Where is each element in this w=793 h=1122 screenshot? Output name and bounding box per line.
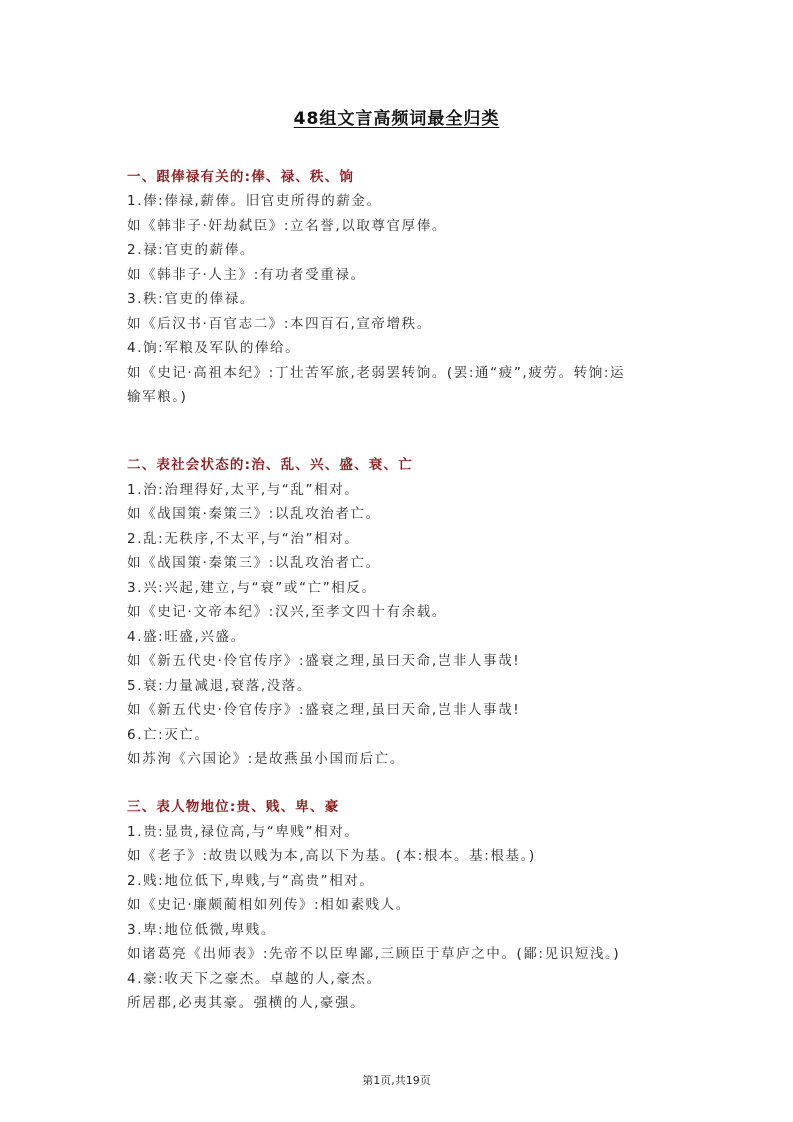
text-line: 1.治:治理得好,太平,与“乱”相对。 bbox=[127, 480, 359, 500]
text-line: 3.秩:官吏的俸禄。 bbox=[127, 289, 255, 309]
text-line: 1.俸:俸禄,薪俸。旧官吏所得的薪金。 bbox=[127, 191, 382, 211]
text-line: 3.兴:兴起,建立,与“衰”或“亡”相反。 bbox=[127, 578, 377, 598]
text-line: 4.豪:收天下之豪杰。卓越的人,豪杰。 bbox=[127, 969, 382, 989]
text-line: 如《史记·文帝本纪》:汉兴,至孝文四十有余载。 bbox=[127, 602, 447, 622]
text-line: 如《新五代史·伶官传序》:盛衰之理,虽曰天命,岂非人事哉! bbox=[127, 651, 520, 671]
text-line: 2.乱:无秩序,不太平,与“治”相对。 bbox=[127, 529, 359, 549]
text-line: 如《史记·高祖本纪》:丁壮苦军旅,老弱罢转饷。(罢:通“疲”,疲劳。转饷:运 bbox=[127, 363, 625, 383]
text-line: 4.盛:旺盛,兴盛。 bbox=[127, 627, 246, 647]
text-line: 5.衰:力量减退,衰落,没落。 bbox=[127, 676, 312, 696]
section-heading-1: 一、跟俸禄有关的:俸、禄、秩、饷 bbox=[127, 167, 354, 187]
page-number: 第1页,共19页 bbox=[0, 1072, 793, 1088]
document-title: 48组文言高频词最全归类 bbox=[0, 104, 793, 129]
text-line: 如苏洵《六国论》:是故燕虽小国而后亡。 bbox=[127, 749, 405, 769]
text-line: 如《战国策·秦策三》:以乱攻治者亡。 bbox=[127, 553, 381, 573]
section-heading-3: 三、表人物地位:贵、贱、卑、豪 bbox=[127, 797, 339, 817]
section-heading-2: 二、表社会状态的:治、乱、兴、盛、衰、亡 bbox=[127, 455, 413, 475]
text-line: 如《战国策·秦策三》:以乱攻治者亡。 bbox=[127, 504, 381, 524]
text-line: 如《新五代史·伶官传序》:盛衰之理,虽曰天命,岂非人事哉! bbox=[127, 700, 520, 720]
text-line: 如《韩非子·人主》:有功者受重禄。 bbox=[127, 265, 366, 285]
text-line: 输军粮。) bbox=[127, 387, 188, 407]
text-line: 2.禄:官吏的薪俸。 bbox=[127, 240, 255, 260]
text-line: 所居郡,必夷其豪。强横的人,豪强。 bbox=[127, 993, 365, 1013]
text-line: 如《老子》:故贵以贱为本,高以下为基。(本:根本。基:根基。) bbox=[127, 846, 536, 866]
text-line: 2.贱:地位低下,卑贱,与“高贵”相对。 bbox=[127, 871, 375, 891]
text-line: 如《韩非子·奸劫弑臣》:立名誉,以取尊官厚俸。 bbox=[127, 216, 447, 236]
text-line: 如《后汉书·百官志二》:本四百石,宣帝增秩。 bbox=[127, 314, 432, 334]
text-line: 4.饷:军粮及军队的俸给。 bbox=[127, 338, 300, 358]
text-line: 6.亡:灭亡。 bbox=[127, 725, 210, 745]
text-line: 1.贵:显贵,禄位高,与“卑贱”相对。 bbox=[127, 822, 359, 842]
text-line: 如诸葛亮《出师表》:先帝不以臣卑鄙,三顾臣于草庐之中。(鄙:见识短浅。) bbox=[127, 944, 620, 964]
text-line: 如《史记·廉颇蔺相如列传》:相如素贱人。 bbox=[127, 895, 411, 915]
text-line: 3.卑:地位低微,卑贱。 bbox=[127, 920, 276, 940]
